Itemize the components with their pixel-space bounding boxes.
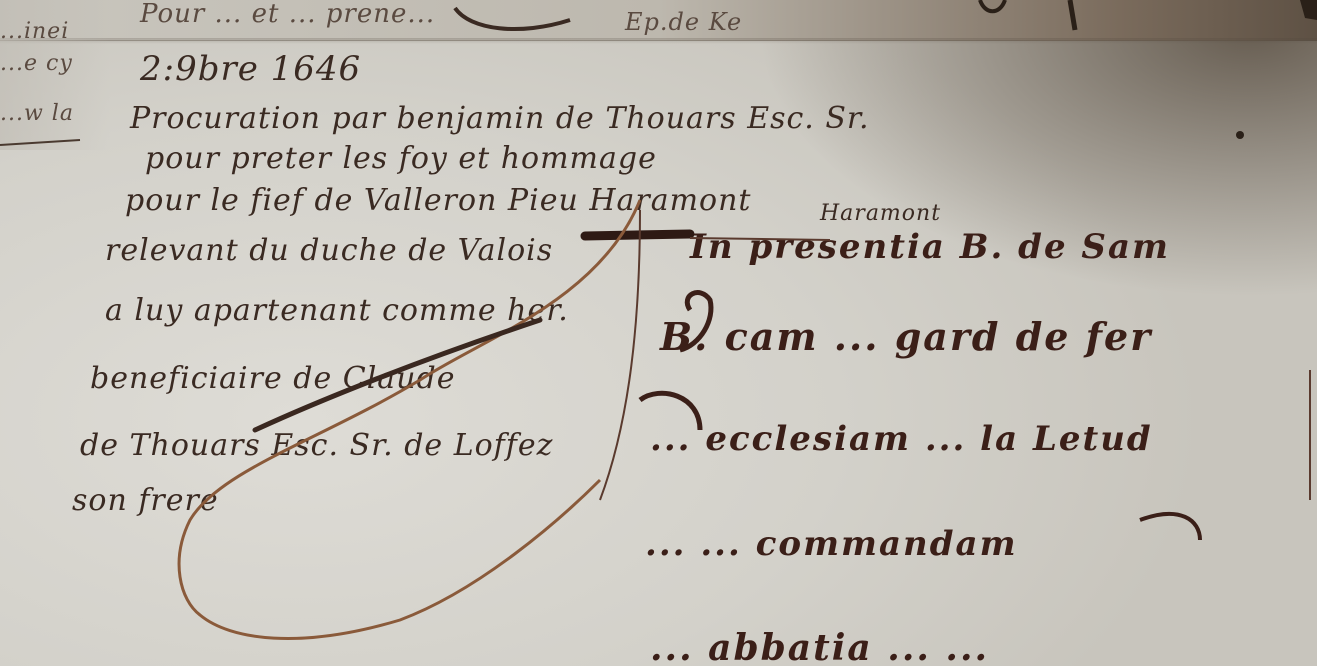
margin-line-3: ...w la xyxy=(0,101,74,126)
margin-rule xyxy=(0,140,80,145)
right-line-2: B. cam ... gard de fer xyxy=(659,314,1153,359)
left-line-1: Procuration par benjamin de Thouars Esc.… xyxy=(129,101,870,136)
ink-blot xyxy=(1300,0,1317,20)
right-line-5: ... abbatia ... ... xyxy=(650,627,989,666)
top-fragment-left: Pour ... et ... prene... xyxy=(139,0,435,29)
date-heading: 2:9bre 1646 xyxy=(139,49,361,89)
interlinear-haramont: Haramont xyxy=(819,201,941,226)
top-right-loop xyxy=(980,0,1005,11)
top-flourish xyxy=(455,8,570,29)
left-line-5: a luy apartenant comme her. xyxy=(105,293,569,328)
left-line-4: relevant du duche de Valois xyxy=(105,233,553,268)
right-line-1: In presentia B. de Sam xyxy=(689,227,1170,267)
ink-layer: Pour ... et ... prene... Ep.de Ke ...ine… xyxy=(0,0,1317,666)
manuscript-page: Pour ... et ... prene... Ep.de Ke ...ine… xyxy=(0,0,1317,666)
heavy-bar-stroke xyxy=(585,234,690,236)
margin-line-2: ...e cy xyxy=(0,51,73,76)
margin-line-1: ...inei xyxy=(0,19,69,44)
ink-dot xyxy=(1236,131,1244,139)
left-line-3: pour le fief de Valleron Pieu Haramont xyxy=(125,183,752,218)
left-line-2: pour preter les foy et hommage xyxy=(145,141,657,176)
top-fragment-right: Ep.de Ke xyxy=(624,8,742,36)
right-line-4: ... ... commandam xyxy=(645,524,1018,564)
cap-loop-3 xyxy=(1140,514,1200,540)
right-line-3: ... ecclesiam ... la Letud xyxy=(650,419,1153,459)
top-right-stroke xyxy=(1070,0,1075,30)
